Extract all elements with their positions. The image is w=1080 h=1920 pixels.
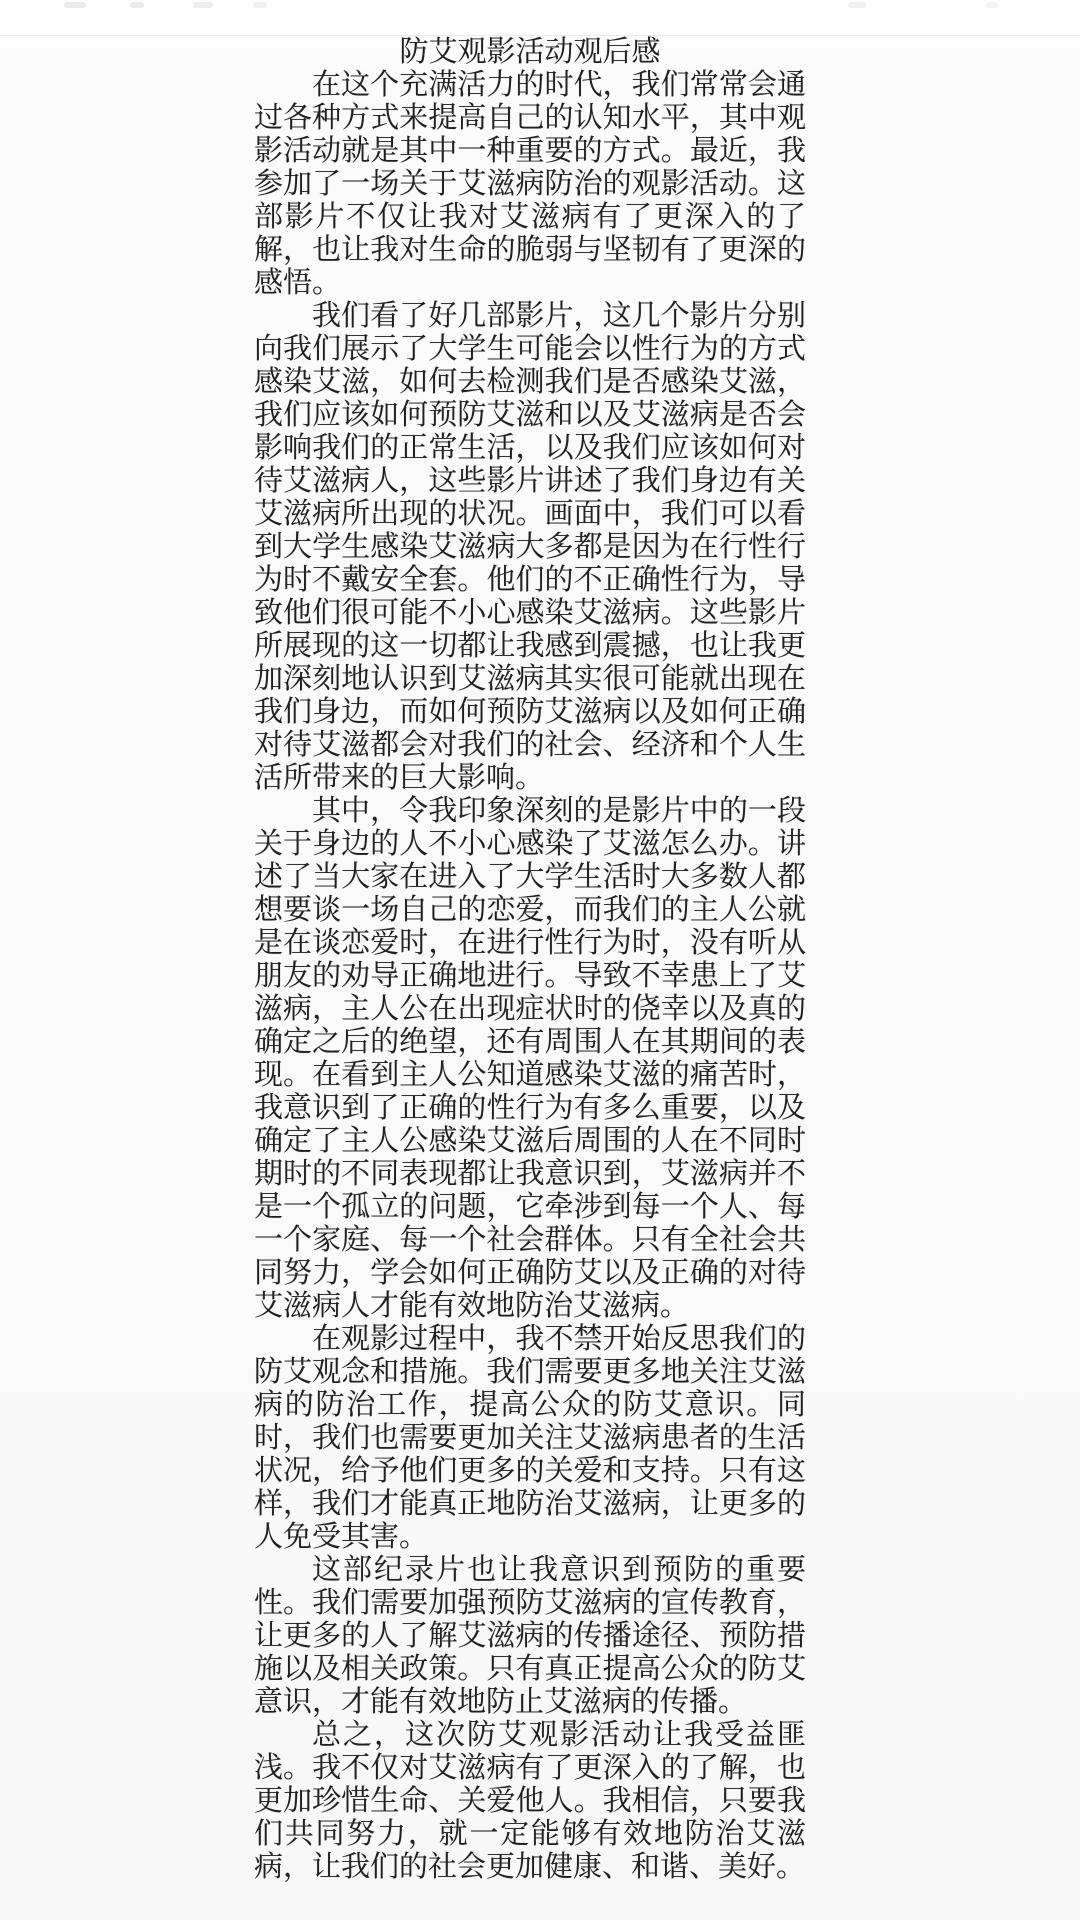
faint-artifact-mark xyxy=(253,2,267,8)
essay-title: 防艾观影活动观后感 xyxy=(254,36,806,69)
faint-artifact-mark xyxy=(848,2,866,8)
faint-artifact-mark xyxy=(64,2,86,8)
faint-artifact-mark xyxy=(193,2,213,8)
essay-paragraph-2: 我们看了好几部影片，这几个影片分别向我们展示了大学生可能会以性行为的方式感染艾滋… xyxy=(254,300,806,795)
essay-document: 防艾观影活动观后感 在这个充满活力的时代，我们常常会通过各种方式来提高自己的认知… xyxy=(254,36,806,1884)
faint-artifact-mark xyxy=(986,2,998,8)
essay-paragraph-4: 在观影过程中，我不禁开始反思我们的防艾观念和措施。我们需要更多地关注艾滋病的防治… xyxy=(254,1323,806,1554)
essay-paragraph-1: 在这个充满活力的时代，我们常常会通过各种方式来提高自己的认知水平，其中观影活动就… xyxy=(254,69,806,300)
faint-artifact-mark xyxy=(130,2,144,8)
essay-paragraph-5: 这部纪录片也让我意识到预防的重要性。我们需要加强预防艾滋病的宣传教育，让更多的人… xyxy=(254,1554,806,1719)
cropped-toolbar-remnant xyxy=(0,0,1080,36)
essay-paragraph-6: 总之，这次防艾观影活动让我受益匪浅。我不仅对艾滋病有了更深入的了解，也更加珍惜生… xyxy=(254,1719,806,1884)
essay-paragraph-3: 其中，令我印象深刻的是影片中的一段关于身边的人不小心感染了艾滋怎么办。讲述了当大… xyxy=(254,795,806,1323)
